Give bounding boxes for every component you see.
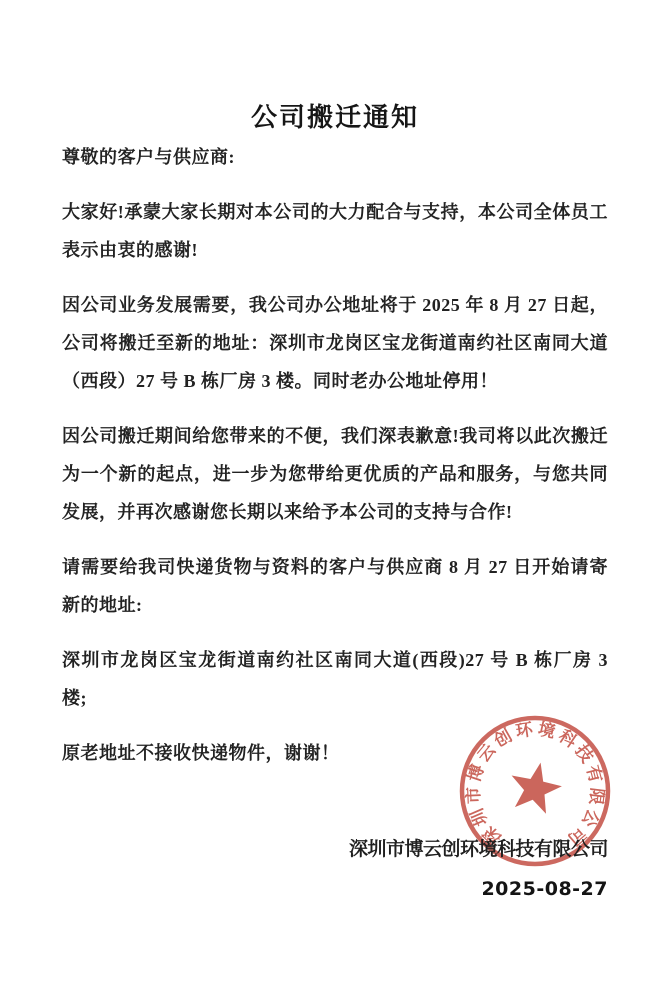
page-title: 公司搬迁通知 xyxy=(62,101,608,135)
signature-block: 深圳市博云创环境科技有限公司 2025-08-27 xyxy=(62,838,608,900)
new-address-line: 深圳市龙岗区宝龙街道南约社区南同大道(西段)27 号 B 栋厂房 3 楼; xyxy=(62,641,608,717)
paragraph-greeting: 大家好!承蒙大家长期对本公司的大力配合与支持，本公司全体员工表示由衷的感谢! xyxy=(62,193,608,269)
signature-company-name: 深圳市博云创环境科技有限公司 xyxy=(62,838,608,862)
svg-text:4327: 4327 xyxy=(457,713,461,715)
document-page: 公司搬迁通知 尊敬的客户与供应商: 大家好!承蒙大家长期对本公司的大力配合与支持… xyxy=(0,0,665,999)
salutation: 尊敬的客户与供应商: xyxy=(62,138,608,176)
paragraph-relocation-announcement: 因公司业务发展需要，我公司办公地址将于 2025 年 8 月 27 日起，公司将… xyxy=(62,286,608,400)
signature-date: 2025-08-27 xyxy=(62,878,608,900)
paragraph-shipping-notice: 请需要给我司快递货物与资料的客户与供应商 8 月 27 日开始请寄新的地址: xyxy=(62,548,608,624)
star-icon xyxy=(512,763,562,814)
paragraph-apology: 因公司搬迁期间给您带来的不便，我们深表歉意!我司将以此次搬迁为一个新的起点，进一… xyxy=(62,417,608,531)
seal-serial: 4327 xyxy=(457,713,461,715)
